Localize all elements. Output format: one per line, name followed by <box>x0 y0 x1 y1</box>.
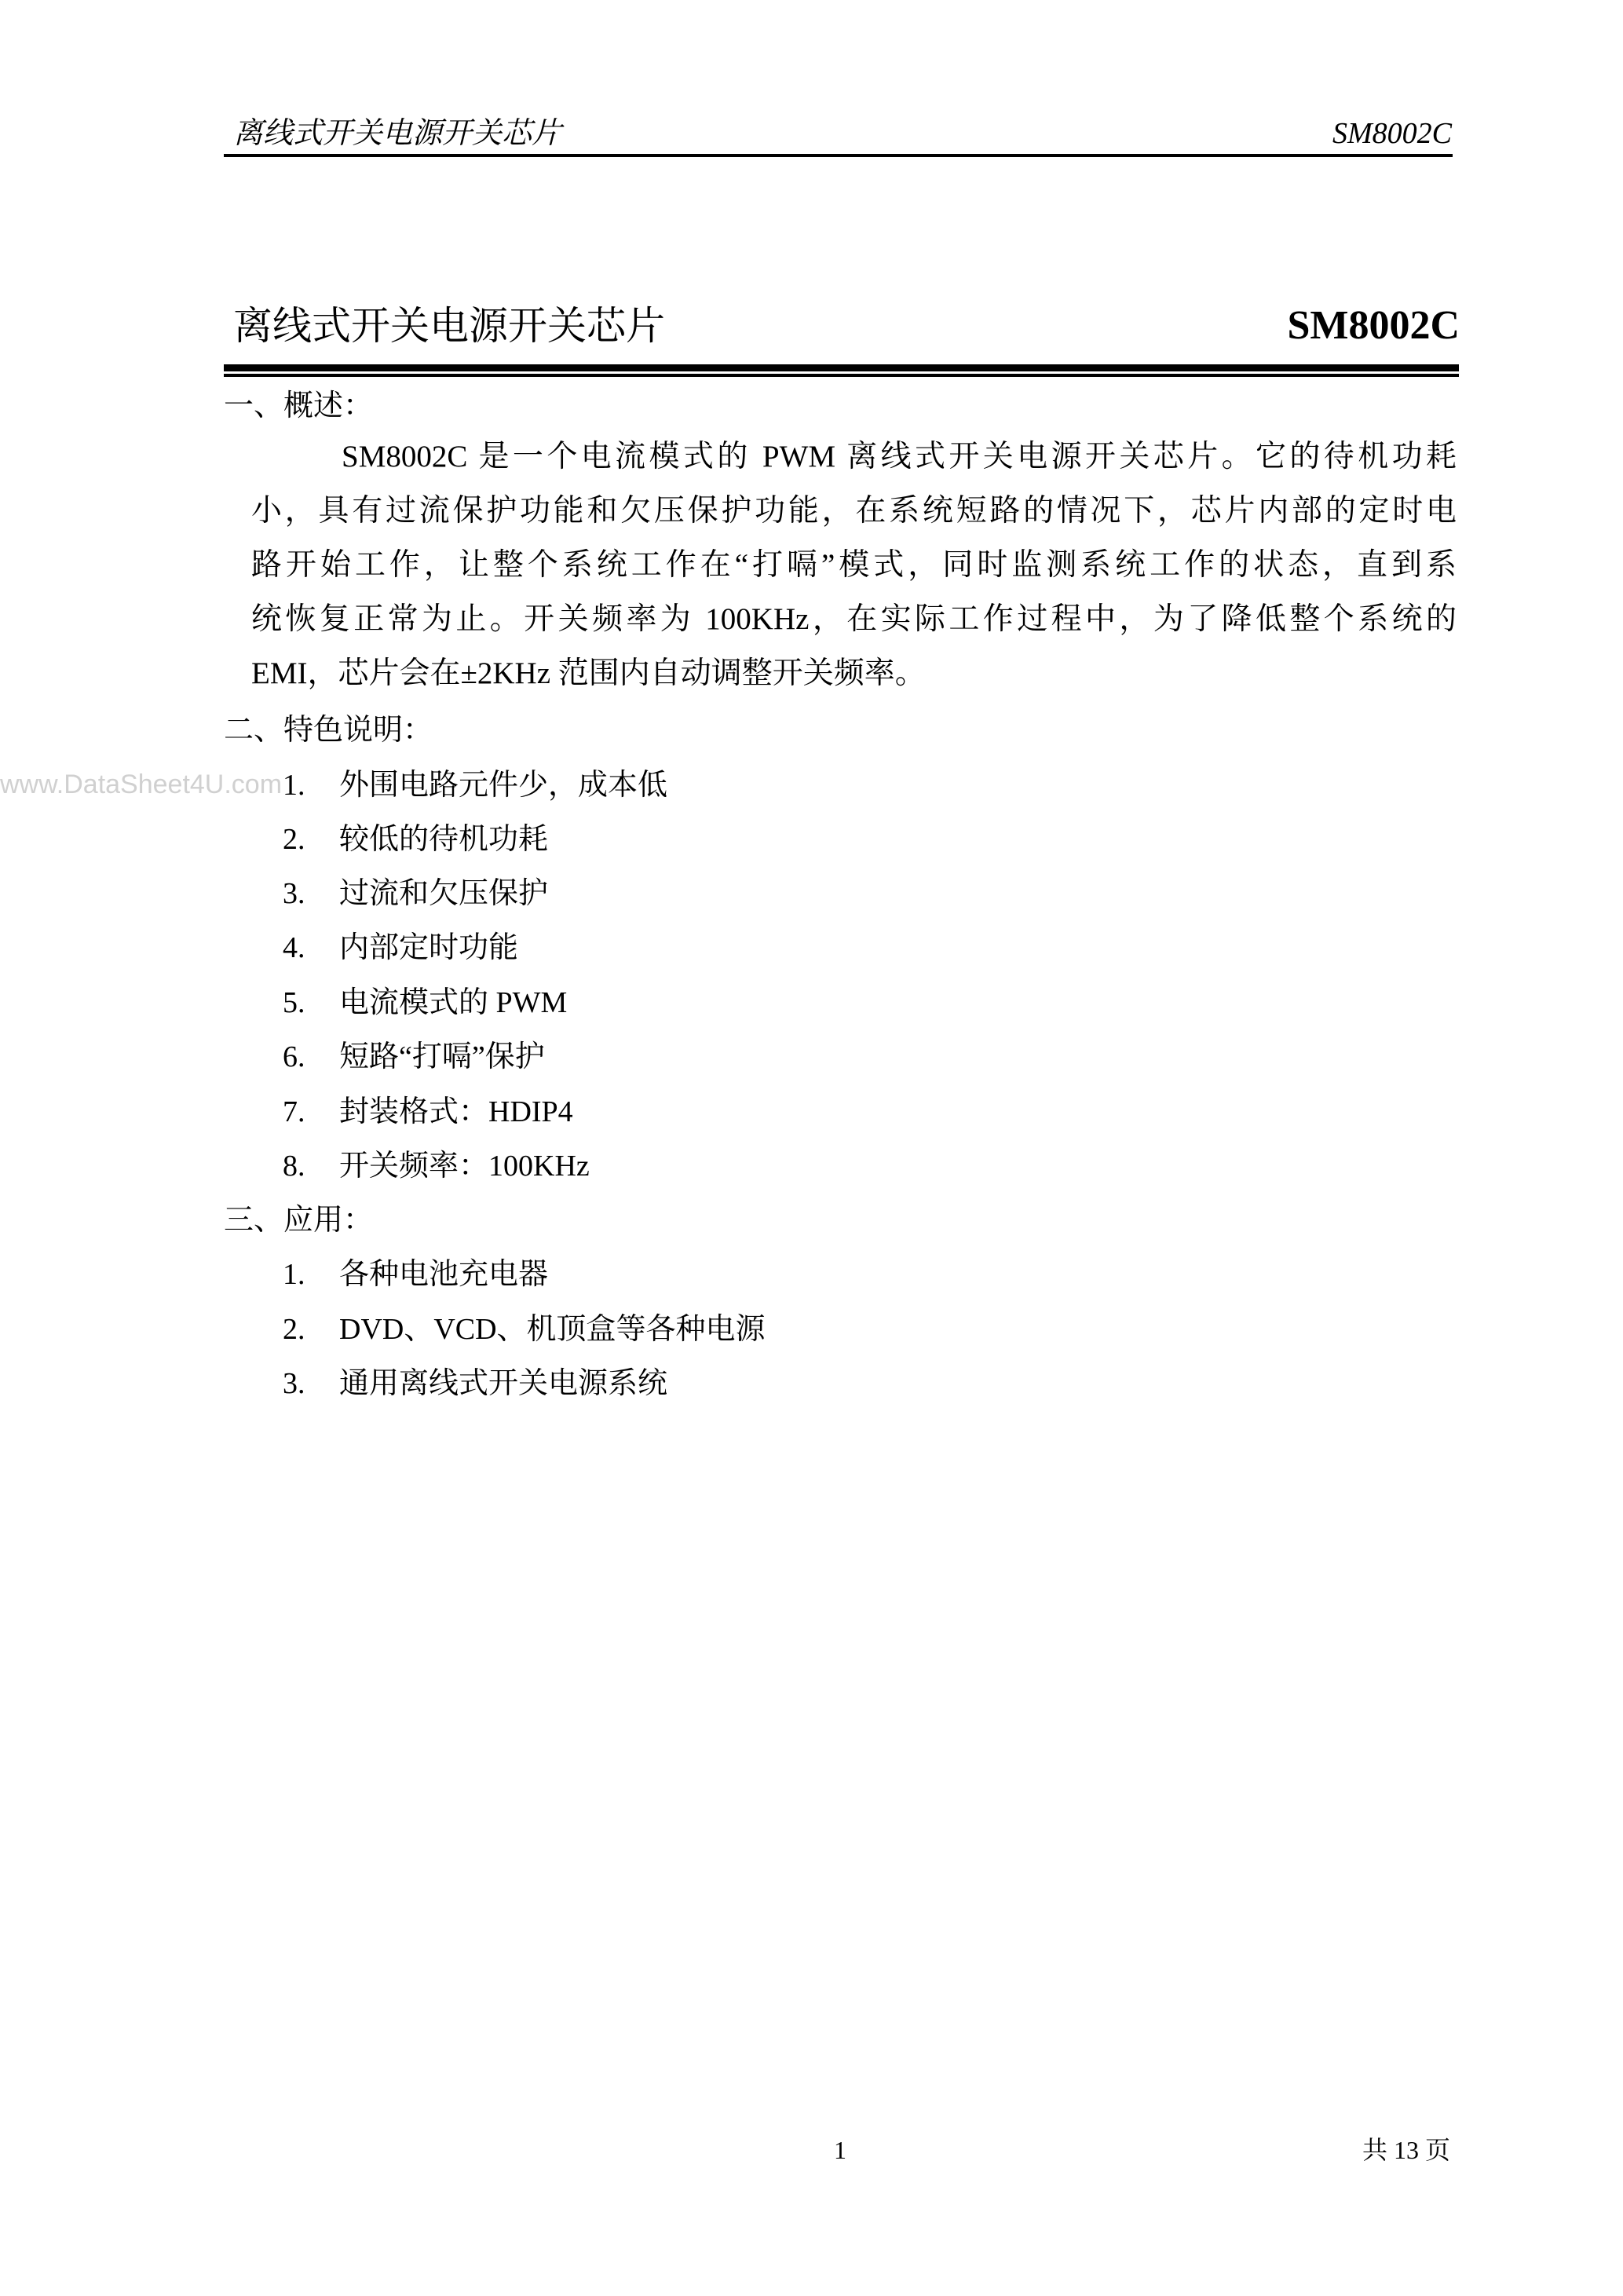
feature-item: 4.内部定时功能 <box>283 928 518 967</box>
document-part-number: SM8002C <box>1287 298 1460 353</box>
feature-text: 电流模式的 PWM <box>339 986 567 1019</box>
application-number: 2. <box>283 1310 339 1349</box>
watermark: www.DataSheet4U.com <box>0 767 282 802</box>
feature-text: 开关频率：100KHz <box>339 1150 590 1183</box>
application-text: DVD、VCD、机顶盒等各种电源 <box>339 1313 766 1346</box>
section-heading-overview: 一、概述： <box>224 386 373 426</box>
feature-item: 7.封装格式：HDIP4 <box>283 1092 573 1132</box>
title-rule-thick <box>224 364 1459 371</box>
feature-text: 内部定时功能 <box>339 931 518 964</box>
application-text: 通用离线式开关电源系统 <box>339 1367 667 1400</box>
feature-text: 较低的待机功耗 <box>339 823 548 856</box>
running-header-part-number: SM8002C <box>1332 114 1452 153</box>
document-title: 离线式开关电源开关芯片 <box>233 298 665 353</box>
page-total: 共 13 页 <box>1362 2134 1450 2166</box>
running-header-title: 离线式开关电源开关芯片 <box>233 114 561 153</box>
feature-text: 过流和欠压保护 <box>339 877 548 910</box>
application-item: 3.通用离线式开关电源系统 <box>283 1364 667 1403</box>
feature-item: 3.过流和欠压保护 <box>283 874 548 913</box>
overview-line: 路开始工作，让整个系统工作在“打嗝”模式，同时监测系统工作的状态，直到系 <box>251 538 1457 592</box>
application-item: 1.各种电池充电器 <box>283 1255 548 1294</box>
overview-line: 小，具有过流保护功能和欠压保护功能，在系统短路的情况下，芯片内部的定时电 <box>251 484 1457 538</box>
feature-number: 8. <box>283 1146 339 1186</box>
feature-number: 6. <box>283 1037 339 1077</box>
feature-text: 外围电路元件少，成本低 <box>339 769 667 802</box>
feature-number: 1. <box>283 766 339 805</box>
feature-number: 5. <box>283 983 339 1022</box>
section-heading-applications: 三、应用： <box>224 1201 373 1240</box>
application-item: 2.DVD、VCD、机顶盒等各种电源 <box>283 1310 766 1349</box>
feature-item: 2.较低的待机功耗 <box>283 820 548 859</box>
feature-item: 1.外围电路元件少，成本低 <box>283 766 667 805</box>
feature-number: 3. <box>283 874 339 913</box>
header-rule <box>224 154 1453 157</box>
section-heading-features: 二、特色说明： <box>224 711 433 750</box>
feature-number: 2. <box>283 820 339 859</box>
feature-text: 短路“打嗝”保护 <box>339 1040 545 1073</box>
application-text: 各种电池充电器 <box>339 1258 548 1291</box>
feature-item: 6.短路“打嗝”保护 <box>283 1037 545 1077</box>
overview-line: SM8002C 是一个电流模式的 PWM 离线式开关电源开关芯片。它的待机功耗 <box>251 430 1457 484</box>
feature-number: 4. <box>283 928 339 967</box>
feature-text: 封装格式：HDIP4 <box>339 1095 573 1128</box>
overview-paragraph: SM8002C 是一个电流模式的 PWM 离线式开关电源开关芯片。它的待机功耗 … <box>251 430 1457 700</box>
feature-item: 8.开关频率：100KHz <box>283 1146 590 1186</box>
title-rule-thin <box>224 374 1459 377</box>
overview-line: EMI，芯片会在±2KHz 范围内自动调整开关频率。 <box>251 646 1457 700</box>
application-number: 3. <box>283 1364 339 1403</box>
feature-number: 7. <box>283 1092 339 1132</box>
application-number: 1. <box>283 1255 339 1294</box>
page-number: 1 <box>834 2134 846 2166</box>
overview-line: 统恢复正常为止。开关频率为 100KHz，在实际工作过程中，为了降低整个系统的 <box>251 592 1457 646</box>
feature-item: 5.电流模式的 PWM <box>283 983 567 1022</box>
